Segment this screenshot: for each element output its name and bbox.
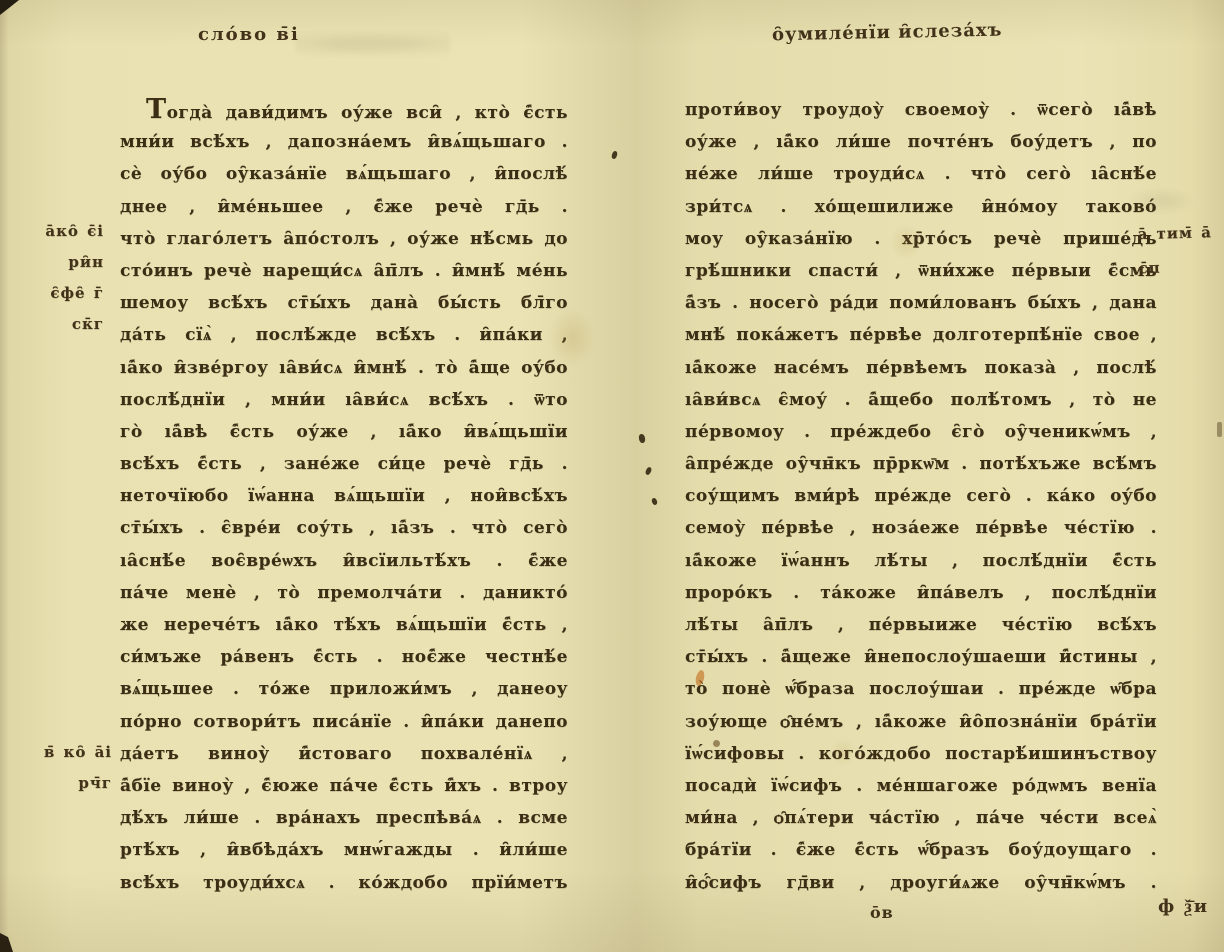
left-text-block: Тогда̀ дави́димъ оу́же вси̑ , кто̀ є̑́ст…: [120, 94, 568, 899]
text-line: да́етъ виноу̀ и̑́стоваго похвале́нїѧ , н…: [120, 738, 568, 770]
text-line: ıа̑́ко и̑зве́ргоу ıа̑ви́сѧ и̑мнѣ́ . то̀ …: [120, 352, 568, 384]
text-line: да́ть сїѧ̀ , послѣ́жде всѣ́хъ . и̑па́ки …: [120, 319, 568, 351]
right-running-title: о̑умиле́нїи и̑слеза́хъ: [772, 20, 1003, 46]
text-line: ıа̑́коже насе́мъ пе́рвѣемъ показа̀ , пос…: [685, 352, 1157, 384]
text-line: а̑́бїе виноу̀ , є̑́юже па́че є̑́сть и̑́х…: [120, 770, 568, 802]
text-line: бра́тїи . є̑́же є̑́сть ѡ̑́бразъ боу́доущ…: [685, 834, 1157, 866]
left-margin-note-bottom: в̄ ко̑ а̄ірч̄г: [2, 737, 112, 799]
text-line: проро́къ . та́коже и̑па́велъ , послѣ́днї…: [685, 577, 1157, 609]
text-line: пе́рвомоу . пре́ждебо є̑го̀ оу̑ченикѡ́мъ…: [685, 416, 1157, 448]
bleed-through-ghost: [295, 27, 450, 61]
margin-note-line: а̄ тим̄ а̄: [1137, 215, 1224, 251]
text-line: а̑пре́жде оу̑чн̄къ пр̄ркѡ̄м . потѣ́хъже …: [685, 448, 1157, 480]
text-line: сто́инъ речѐ нарещи́сѧ а̑п̄лъ . и̑мнѣ́ м…: [120, 255, 568, 287]
right-margin-note: а̄ тим̄ а̄с̄п: [1137, 215, 1224, 285]
text-line: проти́воу троудоу̀ своемоу̀ . ѿсего̀ ıа̑…: [685, 94, 1157, 126]
text-line: моу оу̑каза́нїю . хр̄то́съ речѐ прише́дъ…: [685, 223, 1157, 255]
text-line: всѣ́хъ троуди́хсѧ . ко́ждобо прїи́метъ: [120, 867, 568, 899]
signature-mark: о̄в: [870, 903, 894, 922]
text-line: мнѣ́ пока́жетъ пе́рвѣе долготерпѣ́нїе св…: [685, 319, 1157, 351]
text-line: ıа̑ви́всѧ є̑моу́ . а̑́щебо полѣ́томъ , т…: [685, 384, 1157, 416]
ink-speck: [651, 497, 658, 505]
margin-note-line: а̄ко̑ є̄і: [2, 216, 104, 247]
margin-note-line: рч̄г: [2, 768, 112, 799]
ink-speck: [645, 466, 653, 475]
text-line: ıа̑снѣ́е воє̑вре́ѡхъ и̑всїильтѣ́хъ . є̑́…: [120, 545, 568, 577]
text-line: па́че менѐ , то̀ премолча́ти . даникто́: [120, 577, 568, 609]
margin-note-line: с̄п: [1138, 249, 1224, 285]
text-line: шемоу всѣ́хъ ст̄ы́хъ дана̀ бы́сть бл̄го: [120, 287, 568, 319]
text-line: что̀ глаго́летъ а̑по́столъ , оу́же нѣ́см…: [120, 223, 568, 255]
text-line: сѐ оу́бо оу̑каза́нїе вѧ́щьшаго , и̑послѣ…: [120, 158, 568, 190]
text-line: неточїюбо їѡ́анна вѧ́щьшїи , нои̑всѣ́хъ: [120, 480, 568, 512]
left-running-title: сло́во в̄і: [198, 24, 300, 45]
text-line: дѣ́хъ ли́ше . вра́нахъ преспѣва́ѧ . всме: [120, 802, 568, 834]
ink-speck: [638, 433, 646, 443]
text-line: ıа̑́коже їѡ́аннъ лѣ́ты , послѣ́днїи є̑́с…: [685, 545, 1157, 577]
left-margin-note-top: а̄ко̑ є̄іри̑нє̑фе̑ г̄ск̄г: [2, 216, 104, 340]
margin-note-line: в̄ ко̑ а̄і: [2, 737, 112, 768]
text-line: а̑́зъ . носего̀ ра́ди поми́лованъ бы́хъ …: [685, 287, 1157, 319]
text-line: ми́на , ѻ̑пѧ́тери ча́стїю , па́че че́сти…: [685, 802, 1157, 834]
text-line: зоу́юще ѻ̑не́мъ , ıа̑́коже и̑о̑позна́нїи…: [685, 706, 1157, 738]
text-line: мни́и всѣ́хъ , дапозна́емъ и̑вѧ́щьшаго .: [120, 126, 568, 158]
text-line: послѣ́днїи , мни́и ıа̑ви́сѧ всѣ́хъ . ѿто: [120, 384, 568, 416]
text-line: вѧ́щьшее . то́же приложи́мъ , данеоу: [120, 673, 568, 705]
page-edge-mark: [1217, 422, 1222, 437]
margin-note-line: є̑фе̑ г̄: [2, 278, 104, 309]
text-line: лѣ́ты а̑п̄лъ , пе́рвыиже че́стїю всѣ́хъ: [685, 609, 1157, 641]
text-line: же нерече́тъ ıа̑́ко тѣ́хъ вѧ́щьшїи є̑́ст…: [120, 609, 568, 641]
text-line: днее , и̑ме́ньшее , є̑́же речѐ гд̄ь .: [120, 191, 568, 223]
text-line: ст̄ы́хъ . а̑́щеже и̑непослоу́шаеши и̑́ст…: [685, 641, 1157, 673]
text-line: всѣ́хъ є̑́сть , зане́же си́це речѐ гд̄ь …: [120, 448, 568, 480]
text-line: соу́щимъ вми́рѣ пре́жде сего̀ . ка́ко оу…: [685, 480, 1157, 512]
text-line: їѡ́сифовы . кого́ждобо постарѣ́ишинъство…: [685, 738, 1157, 770]
margin-note-line: ск̄г: [2, 309, 104, 340]
margin-note-line: ри̑н: [2, 247, 104, 278]
text-line: Тогда̀ дави́димъ оу́же вси̑ , кто̀ є̑́ст…: [120, 94, 568, 126]
text-line: оу́же , ıа̑́ко ли́ше почте́нъ боу́детъ ,…: [685, 126, 1157, 158]
text-line: ст̄ы́хъ . є̑вре́и соу́ть , ıа̑́зъ . что̀…: [120, 512, 568, 544]
text-line: по́рно сотвори́тъ писа́нїе . и̑па́ки дан…: [120, 706, 568, 738]
quire-mark: ф ѯ̄и: [1158, 896, 1209, 917]
text-line: зри́тсѧ . хо́щешилиже и̑но́моу таково́: [685, 191, 1157, 223]
text-line: и̑ѻ̑́сифъ гд̄ви , дроуги́ѧже оу̑чн̄кѡ́мъ…: [685, 867, 1157, 899]
text-line: посадѝ їѡ́сифъ . ме́ншагоже ро́дѡмъ венї…: [685, 770, 1157, 802]
right-text-block: проти́воу троудоу̀ своемоу̀ . ѿсего̀ ıа̑…: [685, 94, 1157, 899]
text-line: си́мъже ра́венъ є̑́сть . ноє̑́же честнѣ́…: [120, 641, 568, 673]
text-line: грѣ́шники спасти́ , ѿни́хже пе́рвыи є̑́с…: [685, 255, 1157, 287]
text-line: ртѣ́хъ , и̑вбѣда́хъ мнѡ́гажды . и̑ли́ше: [120, 834, 568, 866]
text-line: то̀ понѐ ѡ̑́браза послоу́шаи . пре́жде ѡ…: [685, 673, 1157, 705]
ink-speck: [611, 150, 618, 159]
scan-artifact-corner: [0, 0, 19, 15]
scan-artifact-corner: [0, 933, 13, 952]
text-line: семоу̀ пе́рвѣе , ноза́еже пе́рвѣе че́стї…: [685, 512, 1157, 544]
text-line: не́же ли́ше троуди́сѧ . что̀ сего̀ ıа̑сн…: [685, 158, 1157, 190]
text-line: го̀ ıа̑́вѣ є̑́сть оу́же , ıа̑́ко и̑вѧ́щь…: [120, 416, 568, 448]
